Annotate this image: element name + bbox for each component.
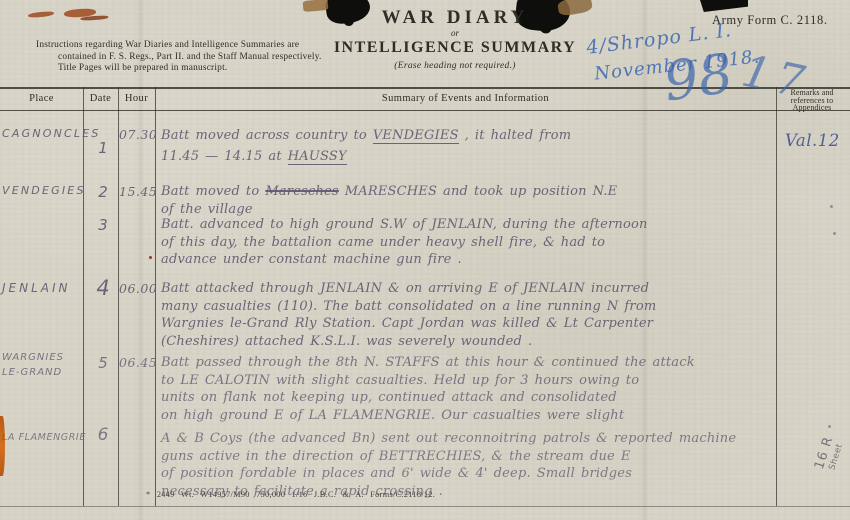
column-header-date: Date bbox=[83, 93, 118, 104]
summary-line: advance under constant machine gun fire … bbox=[161, 251, 776, 269]
summary-cell: Batt. advanced to high ground S.W of JEN… bbox=[161, 216, 776, 269]
place-line: WARGNIES bbox=[2, 350, 64, 365]
table-header-rule bbox=[0, 110, 850, 111]
corner-tear-mark bbox=[700, 0, 748, 12]
printers-imprint: * 2449 Wt. W14957/M90 750,000 1/16 J.B.C… bbox=[146, 490, 435, 499]
torn-edge-stain bbox=[0, 416, 5, 476]
text-segment: Batt moved across country to bbox=[161, 128, 373, 143]
summary-line: units on flank not keeping up, continued… bbox=[161, 389, 776, 407]
place-cell: JENLAIN bbox=[2, 281, 71, 296]
form-title-or: or bbox=[330, 29, 580, 38]
text-segment: MARESCHES and took up position N.E bbox=[339, 184, 618, 199]
summary-cell: Batt moved across country to VENDEGIES ,… bbox=[161, 126, 776, 167]
struck-text: Maresches bbox=[265, 184, 338, 199]
form-title-line1: WAR DIARY bbox=[330, 7, 580, 29]
summary-line: A & B Coys (the advanced Bn) sent out re… bbox=[161, 430, 776, 448]
date-cell: 5 bbox=[86, 354, 120, 372]
ink-speck bbox=[149, 256, 152, 259]
column-divider-summary-remarks bbox=[776, 87, 777, 506]
place-line: VENDEGIES bbox=[2, 183, 86, 198]
margin-reference-note: 16 R Sheet bbox=[806, 417, 850, 491]
column-divider-hour-summary bbox=[155, 87, 156, 506]
summary-cell: Batt moved to Maresches MARESCHES and to… bbox=[161, 183, 776, 218]
summary-line: Batt moved to Maresches MARESCHES and to… bbox=[161, 183, 776, 201]
place-line: LE-GRAND bbox=[2, 365, 64, 380]
summary-line: Wargnies le-Grand Rly Station. Capt Jord… bbox=[161, 315, 776, 333]
summary-line: Batt passed through the 8th N. STAFFS at… bbox=[161, 354, 776, 372]
blue-pencil-scribble: 98 bbox=[660, 42, 737, 114]
pencil-dot bbox=[830, 205, 833, 208]
instructions-note: Instructions regarding War Diaries and I… bbox=[36, 40, 334, 75]
summary-line: on high ground E of LA FLAMENGRIE. Our c… bbox=[161, 407, 776, 425]
summary-line: of position fordable in places and 6' wi… bbox=[161, 465, 776, 483]
column-header-place: Place bbox=[0, 93, 83, 104]
date-cell: 3 bbox=[86, 216, 120, 234]
text-segment: 11.45 — 14.15 at bbox=[161, 149, 288, 164]
paper-crease bbox=[136, 0, 145, 520]
form-title-line2: INTELLIGENCE SUMMARY bbox=[330, 39, 580, 57]
date-cell: 4 bbox=[86, 276, 120, 300]
summary-line: (Cheshires) attached K.S.L.I. was severe… bbox=[161, 333, 776, 351]
rust-stain bbox=[64, 8, 96, 18]
summary-line: of this day, the battalion came under he… bbox=[161, 234, 776, 252]
summary-line: many casualties (110). The batt consolid… bbox=[161, 298, 776, 316]
rust-stain bbox=[28, 11, 54, 19]
underlined-text: HAUSSY bbox=[288, 149, 347, 165]
remarks-annotation: Val.12 bbox=[785, 131, 840, 150]
table-bottom-rule bbox=[0, 506, 850, 507]
summary-cell: Batt attacked through JENLAIN & on arriv… bbox=[161, 280, 776, 350]
text-segment: , it halted from bbox=[459, 128, 572, 143]
summary-line: Batt. advanced to high ground S.W of JEN… bbox=[161, 216, 776, 234]
text-segment: Batt moved to bbox=[161, 184, 265, 199]
summary-line: 11.45 — 14.15 at HAUSSY bbox=[161, 147, 776, 168]
summary-line: to LE CALOTIN with slight casualties. He… bbox=[161, 372, 776, 390]
summary-line: Batt attacked through JENLAIN & on arriv… bbox=[161, 280, 776, 298]
place-cell: LA FLAMENGRIE bbox=[2, 430, 86, 445]
hour-cell: 07.30 bbox=[119, 127, 157, 142]
place-line: JENLAIN bbox=[2, 281, 71, 296]
form-title-note: (Erase heading not required.) bbox=[330, 61, 580, 71]
summary-cell: Batt passed through the 8th N. STAFFS at… bbox=[161, 354, 776, 424]
place-cell: VENDEGIES bbox=[2, 183, 86, 198]
pencil-dot bbox=[833, 232, 836, 235]
hour-cell: 15.45 bbox=[119, 184, 157, 199]
date-cell: 6 bbox=[86, 425, 120, 445]
column-header-hour: Hour bbox=[118, 93, 155, 104]
war-diary-page: Instructions regarding War Diaries and I… bbox=[0, 0, 850, 520]
summary-line: Batt moved across country to VENDEGIES ,… bbox=[161, 126, 776, 147]
hour-cell: 06.00 bbox=[119, 281, 157, 296]
place-cell: WARGNIESLE-GRAND bbox=[2, 350, 64, 380]
summary-line: guns active in the direction of BETTRECH… bbox=[161, 448, 776, 466]
underlined-text: VENDEGIES bbox=[373, 128, 459, 144]
tape-residue bbox=[303, 0, 329, 12]
date-cell: 1 bbox=[86, 139, 120, 157]
hour-cell: 06.45 bbox=[119, 355, 157, 370]
date-cell: 2 bbox=[86, 183, 120, 201]
form-title: WAR DIARY or INTELLIGENCE SUMMARY (Erase… bbox=[330, 7, 580, 71]
place-line: LA FLAMENGRIE bbox=[2, 430, 86, 445]
